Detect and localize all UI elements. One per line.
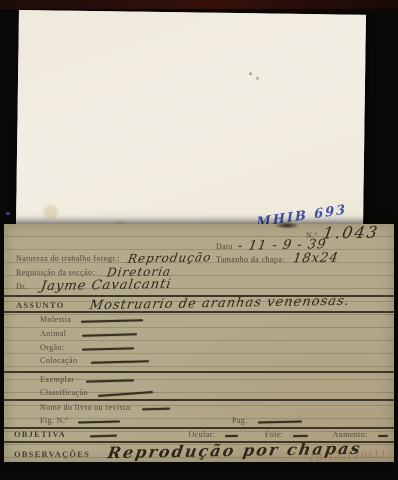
exemplar-label: Exemplar <box>40 376 74 386</box>
field-row-pag: Pag. <box>232 417 302 427</box>
pag-label: Pag. <box>232 417 248 427</box>
blank-dash-mark <box>82 347 134 350</box>
blank-dash-mark <box>378 434 388 436</box>
doutor-value: Jayme Cavalcanti <box>40 278 173 294</box>
natureza-label: Natureza do trabalho fotogr.: <box>16 255 120 265</box>
field-row-livro: Nome do livro ou revista: <box>40 404 170 414</box>
tamanho-label: Tamanho da chapa: <box>216 256 285 266</box>
fole-label: Fole: <box>265 431 283 441</box>
photo-request-card: N.º 1.043 Data - 11 - 9 - 39 Natureza do… <box>4 224 394 462</box>
tamanho-value: 18x24 <box>292 252 340 267</box>
blank-dash-mark <box>78 420 120 423</box>
field-row-doutor: Dr. Jayme Cavalcanti <box>16 279 171 293</box>
ocular-label: Ocular: <box>189 431 216 441</box>
field-row-orgao: Orgão: <box>40 344 134 354</box>
orgao-label: Orgão: <box>40 344 64 354</box>
field-row-tamanho: Tamanho da chapa: 18x24 <box>216 252 338 266</box>
animal-label: Animal <box>40 330 66 340</box>
number-value: 1.043 <box>322 225 381 243</box>
blank-dash-mark <box>98 391 153 397</box>
blank-dash-mark <box>90 434 117 437</box>
blank-dash-mark <box>225 434 238 436</box>
field-row-colocacao: Colocação <box>40 357 149 367</box>
scan-top-edge <box>0 0 398 9</box>
blank-dash-mark <box>91 360 149 364</box>
divider-line <box>4 399 394 401</box>
colocacao-label: Colocação <box>40 357 77 367</box>
molestia-label: Molestia <box>40 316 71 326</box>
divider-line <box>4 311 394 313</box>
observacoes-label: OBSERVAÇÕES <box>14 450 90 461</box>
doutor-label: Dr. <box>16 283 27 293</box>
field-row-animal: Animal <box>40 330 137 340</box>
field-row-assunto: ASSUNTO Mostruario de aranhas venenosas. <box>16 297 350 311</box>
assunto-label: ASSUNTO <box>16 301 64 312</box>
field-row-molestia: Molestia <box>40 316 143 326</box>
field-row-exemplar: Exemplar <box>40 376 134 386</box>
blank-dash-mark <box>293 434 308 436</box>
field-row-fig: Fig. N.º <box>40 417 120 427</box>
ink-smudge <box>274 222 300 229</box>
field-row-classificacao: Classificação <box>40 389 153 399</box>
blank-dash-mark <box>82 333 137 336</box>
blank-dash-mark <box>81 319 143 323</box>
blank-dash-mark <box>142 408 170 411</box>
fig-label: Fig. N.º <box>40 417 68 427</box>
blank-dash-mark <box>258 420 302 423</box>
livro-label: Nome do livro ou revista: <box>40 404 132 414</box>
classificacao-label: Classificação <box>40 389 88 399</box>
divider-line <box>4 371 394 373</box>
ink-dot <box>6 212 10 215</box>
blank-dash-mark <box>86 379 134 382</box>
photo-verso-sheet: MHIB 693 <box>16 10 366 239</box>
field-row-natureza: Natureza do trabalho fotogr.: Reprodução <box>16 252 211 265</box>
objetiva-label: OBJETIVA <box>14 430 66 441</box>
